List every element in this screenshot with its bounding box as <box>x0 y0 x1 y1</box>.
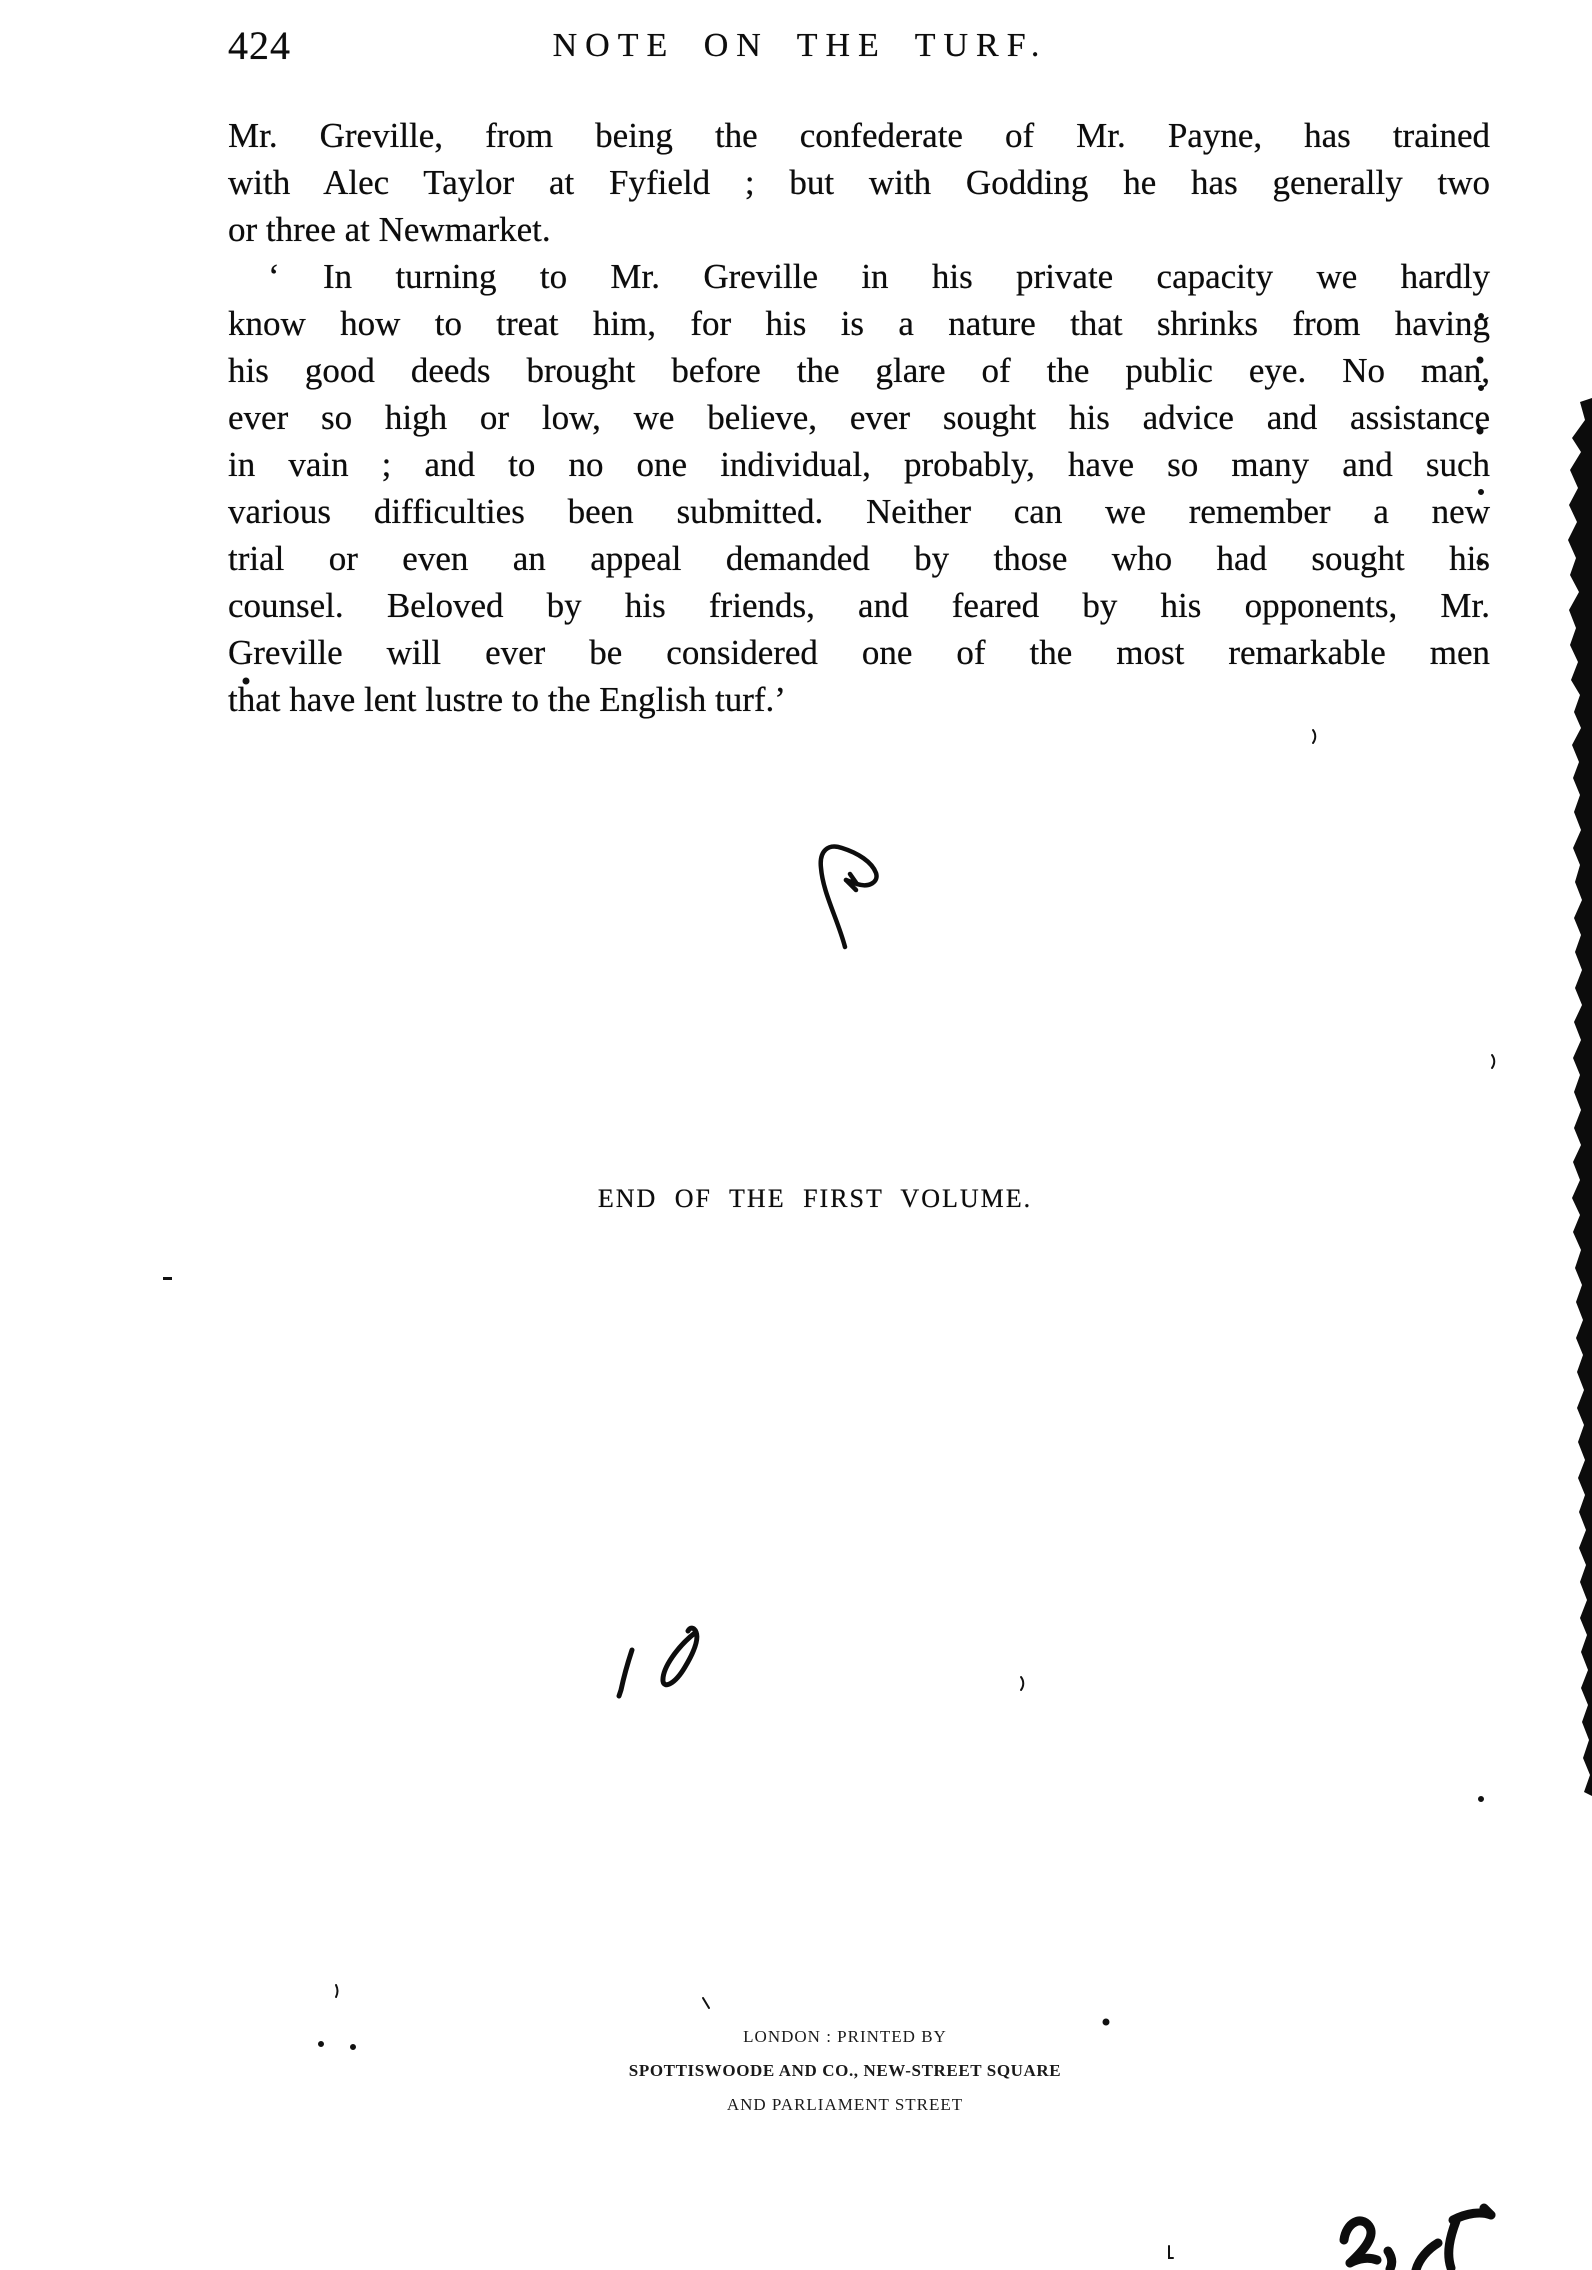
paragraph-2: ‘ In turning to Mr. Greville in his priv… <box>228 253 1490 723</box>
scan-edge-artifact <box>1568 398 1592 1796</box>
text-line: Mr. Greville, from being the confederate… <box>228 112 1490 159</box>
text-line: know how to treat him, for his is a natu… <box>228 300 1490 347</box>
text-line: his good deeds brought before the glare … <box>228 347 1490 394</box>
handwritten-corner-number <box>1344 2208 1491 2270</box>
text-line: or three at Newmarket. <box>228 206 1490 253</box>
text-line: various difficulties been submitted. Nei… <box>228 488 1490 535</box>
text-line: ‘ In turning to Mr. Greville in his priv… <box>228 253 1490 300</box>
page-number: 424 <box>228 22 291 69</box>
imprint-line-2: SPOTTISWOODE AND CO., NEW-STREET SQUARE <box>545 2054 1145 2088</box>
running-title: NOTE ON THE TURF. <box>400 27 1200 65</box>
end-of-volume-notice: END OF THE FIRST VOLUME. <box>515 1184 1115 1214</box>
paragraph-1: Mr. Greville, from being the confederate… <box>228 112 1490 253</box>
pen-flourish-annotation <box>821 847 877 947</box>
printer-imprint: LONDON : PRINTED BY SPOTTISWOODE AND CO.… <box>545 2020 1145 2122</box>
book-page: 424 NOTE ON THE TURF. Mr. Greville, from… <box>0 0 1592 2270</box>
text-line: counsel. Beloved by his friends, and fea… <box>228 582 1490 629</box>
text-line: Greville will ever be considered one of … <box>228 629 1490 676</box>
text-line: in vain ; and to no one individual, prob… <box>228 441 1490 488</box>
text-line: ever so high or low, we believe, ever so… <box>228 394 1490 441</box>
imprint-line-1: LONDON : PRINTED BY <box>545 2020 1145 2054</box>
imprint-line-3: AND PARLIAMENT STREET <box>545 2088 1145 2122</box>
text-line: trial or even an appeal demanded by thos… <box>228 535 1490 582</box>
text-line: with Alec Taylor at Fyfield ; but with G… <box>228 159 1490 206</box>
text-line: that have lent lustre to the English tur… <box>228 676 1490 723</box>
handwritten-number-10 <box>619 1628 697 1696</box>
